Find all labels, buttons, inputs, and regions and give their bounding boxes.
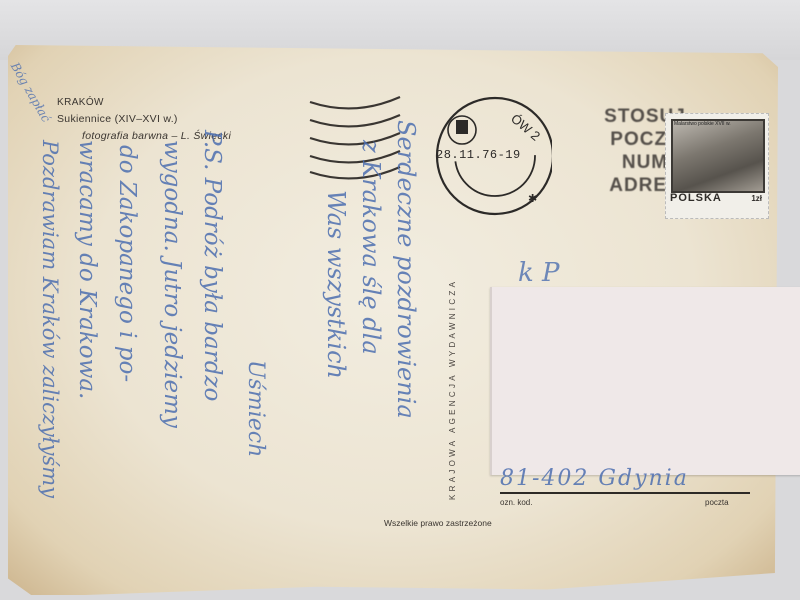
address-cover-label <box>490 287 800 475</box>
handwritten-line: Was wszystkich <box>322 190 350 379</box>
rights-notice: Wszelkie prawo zastrzeżone <box>384 518 492 528</box>
printed-subtitle: Sukiennice (XIV–XVI w.) <box>57 113 178 125</box>
label-post-office: poczta <box>705 498 729 507</box>
publisher-name: KRAJOWA AGENCJA WYDAWNICZA <box>448 279 457 500</box>
handwritten-line: wygodna. Jutro jedziemy <box>159 140 185 428</box>
handwritten-line: wracamy do Krakowa. <box>74 140 100 399</box>
handwritten-line: Serdeczne pozdrowienia <box>392 120 420 419</box>
printed-city: KRAKÓW <box>57 97 104 108</box>
stamp-title: Malarstwo polskie XVII w. <box>674 121 731 127</box>
handwritten-line: z Krakowa ślę dla <box>357 140 385 355</box>
address-line <box>500 492 750 494</box>
handwritten-postcode-city: 81-402 Gdynia <box>500 466 689 491</box>
postage-stamp: Malarstwo polskie XVII w. POLSKA 1zł <box>665 113 769 219</box>
postmark-date: 28.11.76-19 <box>436 148 521 162</box>
stamp-painting <box>671 119 765 193</box>
handwritten-line: Pozdrawiam Kraków zaliczyłyśmy <box>38 140 62 498</box>
handwritten-line: P.S. Podróż była bardzo <box>199 130 225 401</box>
label-postcode: ozn. kod. <box>500 498 532 507</box>
wavy-cancellation-lines <box>305 92 405 192</box>
handwritten-line: do Zakopanego i po- <box>114 145 140 382</box>
handwritten-line: Uśmiech <box>243 360 268 457</box>
handwritten-address-fragment: k P <box>518 258 560 288</box>
svg-text:✱: ✱ <box>528 193 537 205</box>
stamp-country: POLSKA <box>670 192 722 204</box>
stamp-value: 1zł <box>751 194 762 203</box>
